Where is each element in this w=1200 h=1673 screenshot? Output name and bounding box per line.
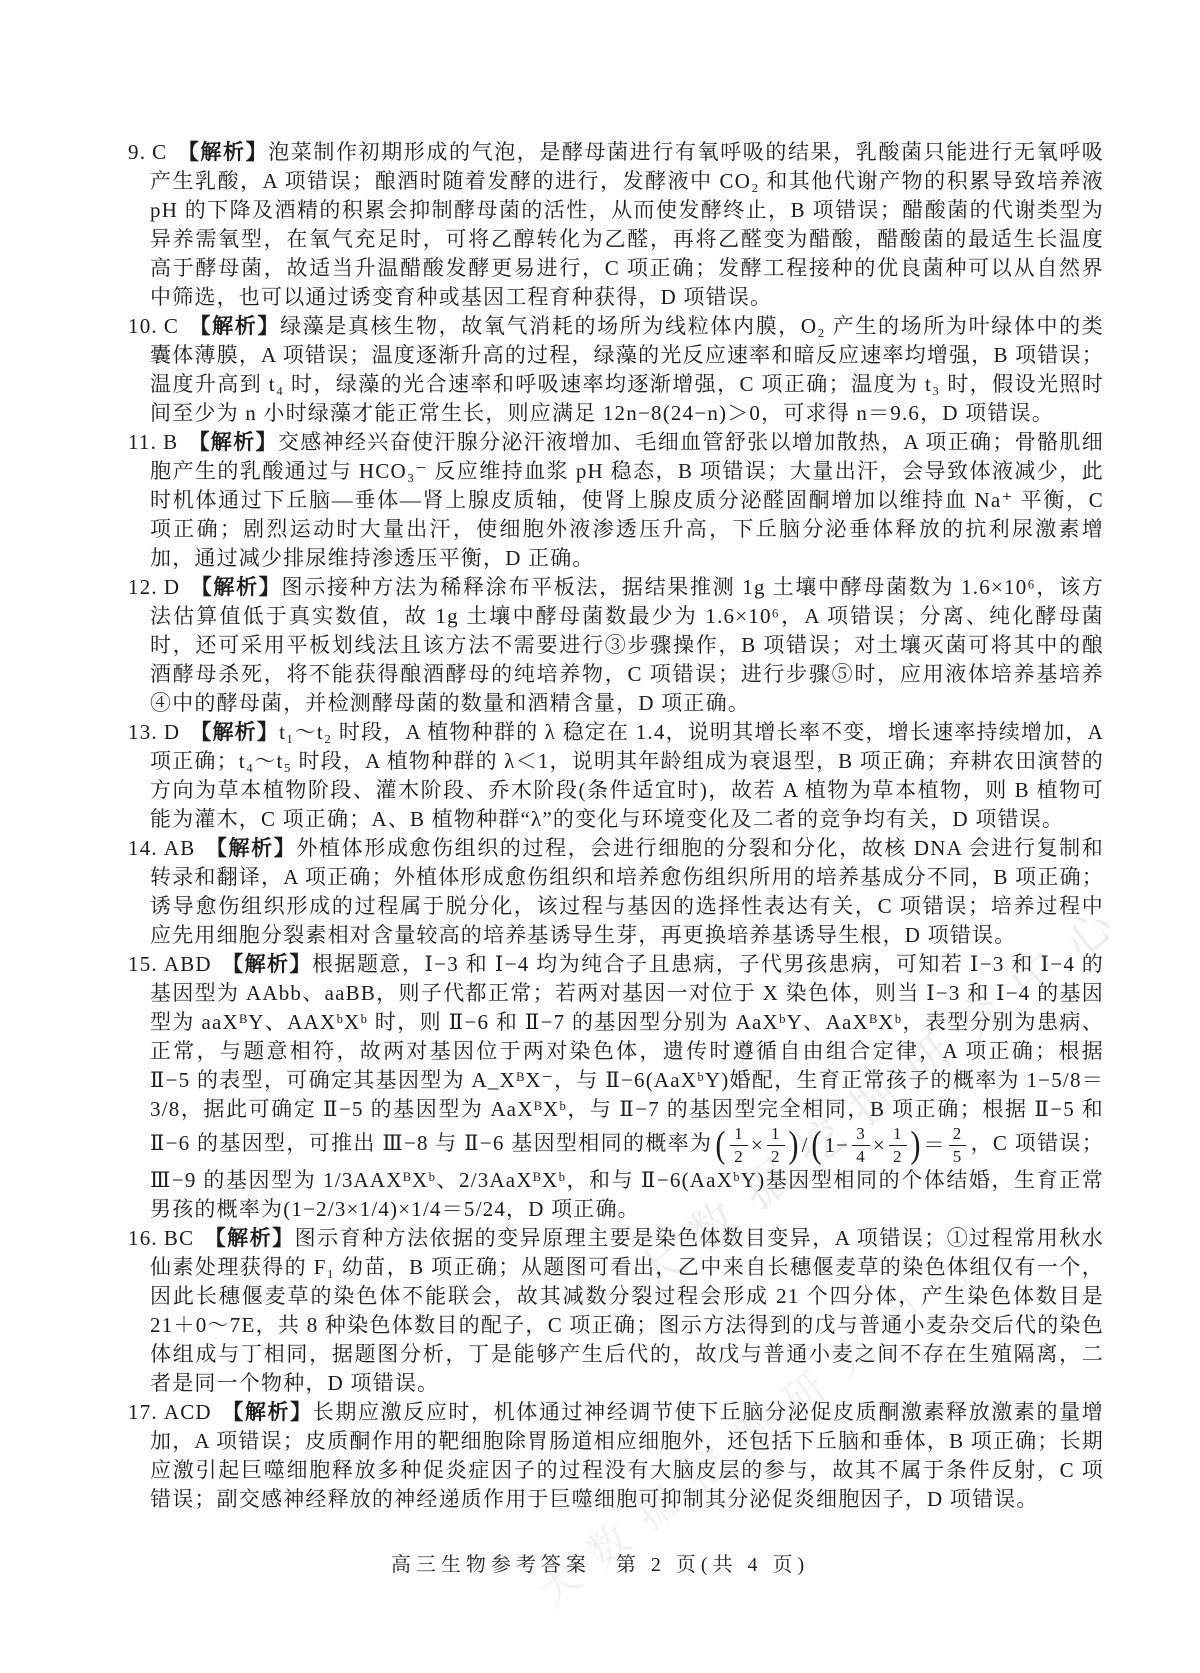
item-number: 11. bbox=[128, 430, 157, 454]
probability-expression: (12×12)/(1−34×12)＝25 bbox=[714, 1124, 968, 1166]
analysis-text: 泡菜制作初期形成的气泡，是酵母菌进行有氧呼吸的结果，乳酸菌只能进行无氧呼吸产生乳… bbox=[150, 140, 1104, 309]
analysis-text: t₁～t₂ 时段，A 植物种群的 λ 稳定在 1.4，说明其增长率不变，增长速率… bbox=[150, 720, 1104, 831]
answer-item-11: 11.B【解析】交感神经兴奋使汗腺分泌汗液增加、毛细血管舒张以增加散热，A 项正… bbox=[128, 428, 1104, 573]
math-operator: ＝ bbox=[924, 1131, 946, 1160]
answer-item-12: 12.D【解析】图示接种方法为稀释涂布平板法，据结果推测 1g 土壤中酵母菌数为… bbox=[128, 573, 1104, 718]
item-answer: ACD bbox=[164, 1400, 212, 1424]
analysis-text: 图示接种方法为稀释涂布平板法，据结果推测 1g 土壤中酵母菌数为 1.6×10⁶… bbox=[150, 575, 1104, 715]
math-operator: × bbox=[873, 1131, 886, 1160]
item-answer: D bbox=[164, 720, 180, 744]
answer-item-13: 13.D【解析】t₁～t₂ 时段，A 植物种群的 λ 稳定在 1.4，说明其增长… bbox=[128, 718, 1104, 834]
item-number: 17. bbox=[128, 1400, 158, 1424]
answer-sheet-page: 大数据挖掘研究中心 大数据挖掘研究中心 9.C【解析】泡菜制作初期形成的气泡，是… bbox=[0, 0, 1200, 1673]
item-number: 16. bbox=[128, 1226, 158, 1250]
fraction-numerator: 3 bbox=[852, 1124, 870, 1146]
item-answer: B bbox=[163, 430, 178, 454]
item-answer: C bbox=[152, 140, 167, 164]
answer-item-10: 10.C【解析】绿藻是真核生物，故氧气消耗的场所为线粒体内膜，O₂ 产生的场所为… bbox=[128, 312, 1104, 428]
item-number: 10. bbox=[128, 314, 158, 338]
analysis-tag: 【解析】 bbox=[188, 431, 278, 454]
item-number: 15. bbox=[128, 952, 158, 976]
fraction-numerator: 2 bbox=[949, 1124, 967, 1146]
analysis-text: 图示育种方法依据的变异原理主要是染色体数目变异，A 项错误；①过程常用秋水仙素处… bbox=[150, 1226, 1104, 1395]
fraction-denominator: 4 bbox=[852, 1146, 870, 1167]
analysis-tag: 【解析】 bbox=[205, 837, 296, 860]
analysis-tag: 【解析】 bbox=[177, 141, 268, 164]
analysis-tag: 【解析】 bbox=[222, 1401, 313, 1424]
answer-item-16: 16.BC【解析】图示育种方法依据的变异原理主要是染色体数目变异，A 项错误；①… bbox=[128, 1224, 1104, 1398]
answer-item-17: 17.ACD【解析】长期应激反应时，机体通过神经调节使下丘脑分泌促皮质酮激素释放… bbox=[128, 1398, 1104, 1514]
analysis-tag: 【解析】 bbox=[189, 315, 280, 338]
answer-item-9: 9.C【解析】泡菜制作初期形成的气泡，是酵母菌进行有氧呼吸的结果，乳酸菌只能进行… bbox=[128, 138, 1104, 312]
item-number: 12. bbox=[128, 575, 158, 599]
answer-item-15: 15.ABD【解析】根据题意，Ⅰ−3 和 Ⅰ−4 均为纯合子且患病，子代男孩患病… bbox=[128, 950, 1104, 1224]
fraction-f4: 12 bbox=[889, 1124, 907, 1166]
fraction-numerator: 1 bbox=[889, 1124, 907, 1146]
fraction-denominator: 5 bbox=[949, 1146, 967, 1167]
fraction-numerator: 1 bbox=[730, 1124, 748, 1146]
parenthesis: ( bbox=[811, 1126, 822, 1164]
analysis-text: 绿藻是真核生物，故氧气消耗的场所为线粒体内膜，O₂ 产生的场所为叶绿体中的类囊体… bbox=[150, 314, 1104, 425]
fraction-f1: 12 bbox=[730, 1124, 748, 1166]
parenthesis: ) bbox=[788, 1126, 799, 1164]
math-operator: 1− bbox=[824, 1131, 849, 1160]
analysis-tag: 【解析】 bbox=[204, 1227, 294, 1250]
fraction-denominator: 2 bbox=[730, 1146, 748, 1167]
parenthesis: ) bbox=[910, 1126, 921, 1164]
answer-item-14: 14.AB【解析】外植体形成愈伤组织的过程，会进行细胞的分裂和分化，故核 DNA… bbox=[128, 834, 1104, 950]
item-answer: AB bbox=[164, 836, 196, 860]
parenthesis: ( bbox=[716, 1126, 727, 1164]
math-operator: / bbox=[802, 1131, 809, 1160]
fraction-f5: 25 bbox=[949, 1124, 967, 1166]
fraction-f3: 34 bbox=[852, 1124, 870, 1166]
item-answer: C bbox=[164, 314, 179, 338]
item-answer: ABD bbox=[164, 952, 212, 976]
fraction-denominator: 2 bbox=[767, 1146, 785, 1167]
math-operator: × bbox=[751, 1131, 764, 1160]
page-footer: 高三生物参考答案 第 2 页(共 4 页) bbox=[0, 1548, 1200, 1577]
analysis-tag: 【解析】 bbox=[222, 953, 312, 976]
answers-list: 9.C【解析】泡菜制作初期形成的气泡，是酵母菌进行有氧呼吸的结果，乳酸菌只能进行… bbox=[128, 138, 1104, 1514]
fraction-denominator: 2 bbox=[889, 1146, 907, 1167]
item-number: 14. bbox=[128, 836, 158, 860]
fraction-numerator: 1 bbox=[767, 1124, 785, 1146]
item-answer: D bbox=[164, 575, 180, 599]
analysis-tag: 【解析】 bbox=[190, 721, 279, 744]
item-number: 13. bbox=[128, 720, 158, 744]
fraction-f2: 12 bbox=[767, 1124, 785, 1166]
item-number: 9. bbox=[128, 140, 146, 164]
item-answer: BC bbox=[164, 1226, 194, 1250]
analysis-tag: 【解析】 bbox=[190, 576, 281, 599]
analysis-text: 交感神经兴奋使汗腺分泌汗液增加、毛细血管舒张以增加散热，A 项正确；骨骼肌细胞产… bbox=[150, 430, 1104, 570]
